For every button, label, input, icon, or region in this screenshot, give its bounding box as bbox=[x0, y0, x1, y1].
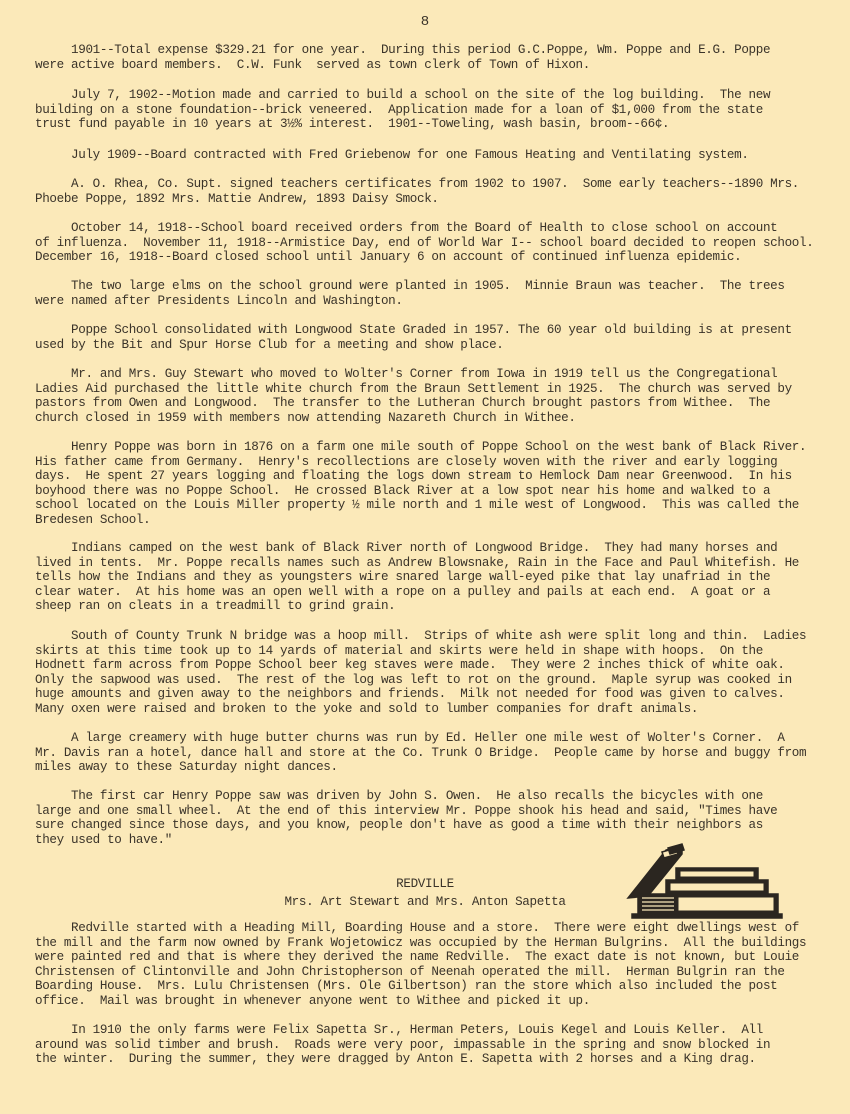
text-line: Mr. and Mrs. Guy Stewart who moved to Wo… bbox=[35, 367, 825, 382]
text-line: A large creamery with huge butter churns… bbox=[35, 731, 825, 746]
text-line: school located on the Louis Miller prope… bbox=[35, 498, 825, 513]
paragraph: In 1910 the only farms were Felix Sapett… bbox=[35, 1023, 825, 1067]
paragraph: July 1909--Board contracted with Fred Gr… bbox=[35, 148, 825, 163]
text-line: Hodnett farm across from Poppe School be… bbox=[35, 658, 825, 673]
text-line: tells how the Indians and they as youngs… bbox=[35, 570, 825, 585]
paragraph: The first car Henry Poppe saw was driven… bbox=[35, 789, 825, 847]
text-line: 1901--Total expense $329.21 for one year… bbox=[35, 43, 825, 58]
text-line: In 1910 the only farms were Felix Sapett… bbox=[35, 1023, 825, 1038]
text-line: clear water. At his home was an open wel… bbox=[35, 585, 825, 600]
page-number: 8 bbox=[0, 14, 850, 30]
text-line: The first car Henry Poppe saw was driven… bbox=[35, 789, 825, 804]
text-line: October 14, 1918--School board received … bbox=[35, 221, 825, 236]
paragraph: Indians camped on the west bank of Black… bbox=[35, 541, 825, 614]
text-line: South of County Trunk N bridge was a hoo… bbox=[35, 629, 825, 644]
text-line: were named after Presidents Lincoln and … bbox=[35, 294, 825, 309]
paragraph: July 7, 1902--Motion made and carried to… bbox=[35, 88, 825, 132]
text-line: days. He spent 27 years logging and floa… bbox=[35, 469, 825, 484]
text-line: Only the sapwood was used. The rest of t… bbox=[35, 673, 825, 688]
paragraph: Poppe School consolidated with Longwood … bbox=[35, 323, 825, 352]
document-page: 8 1901--Total expense $329.21 for one ye… bbox=[0, 0, 850, 1114]
text-line: the winter. During the summer, they were… bbox=[35, 1052, 825, 1067]
text-line: The two large elms on the school ground … bbox=[35, 279, 825, 294]
text-line: Poppe School consolidated with Longwood … bbox=[35, 323, 825, 338]
text-line: huge amounts and given away to the neigh… bbox=[35, 687, 825, 702]
text-line: July 7, 1902--Motion made and carried to… bbox=[35, 88, 825, 103]
text-line: Phoebe Poppe, 1892 Mrs. Mattie Andrew, 1… bbox=[35, 192, 825, 207]
text-line: church closed in 1959 with members now a… bbox=[35, 411, 825, 426]
text-line: Henry Poppe was born in 1876 on a farm o… bbox=[35, 440, 825, 455]
text-line: used by the Bit and Spur Horse Club for … bbox=[35, 338, 825, 353]
text-line: sheep ran on cleats in a treadmill to gr… bbox=[35, 599, 825, 614]
text-line: December 16, 1918--Board closed school u… bbox=[35, 250, 825, 265]
text-line: sure changed since those days, and you k… bbox=[35, 818, 825, 833]
stack-of-books-icon bbox=[618, 840, 790, 920]
text-line: trust fund payable in 10 years at 3½% in… bbox=[35, 117, 825, 132]
text-line: of influenza. November 11, 1918--Armisti… bbox=[35, 236, 825, 251]
text-line: Mr. Davis ran a hotel, dance hall and st… bbox=[35, 746, 825, 761]
text-line: Boarding House. Mrs. Lulu Christensen (M… bbox=[35, 979, 825, 994]
text-line: Redville started with a Heading Mill, Bo… bbox=[35, 921, 825, 936]
text-line: were painted red and that is where they … bbox=[35, 950, 825, 965]
text-line: office. Mail was brought in whenever any… bbox=[35, 994, 825, 1009]
text-line: July 1909--Board contracted with Fred Gr… bbox=[35, 148, 825, 163]
paragraph: 1901--Total expense $329.21 for one year… bbox=[35, 43, 825, 72]
paragraph: Redville started with a Heading Mill, Bo… bbox=[35, 921, 825, 1009]
paragraph: Mr. and Mrs. Guy Stewart who moved to Wo… bbox=[35, 367, 825, 425]
paragraph: South of County Trunk N bridge was a hoo… bbox=[35, 629, 825, 717]
text-line: building on a stone foundation--brick ve… bbox=[35, 103, 825, 118]
text-line: His father came from Germany. Henry's re… bbox=[35, 455, 825, 470]
text-line: were active board members. C.W. Funk ser… bbox=[35, 58, 825, 73]
text-line: Ladies Aid purchased the little white ch… bbox=[35, 382, 825, 397]
paragraph: A large creamery with huge butter churns… bbox=[35, 731, 825, 775]
text-line: Indians camped on the west bank of Black… bbox=[35, 541, 825, 556]
text-line: lived in tents. Mr. Poppe recalls names … bbox=[35, 556, 825, 571]
text-line: miles away to these Saturday night dance… bbox=[35, 760, 825, 775]
text-line: boyhood there was no Poppe School. He cr… bbox=[35, 484, 825, 499]
paragraph: October 14, 1918--School board received … bbox=[35, 221, 825, 265]
text-line: Bredesen School. bbox=[35, 513, 825, 528]
text-line: Many oxen were raised and broken to the … bbox=[35, 702, 825, 717]
text-line: large and one small wheel. At the end of… bbox=[35, 804, 825, 819]
text-line: around was solid timber and brush. Roads… bbox=[35, 1038, 825, 1053]
paragraph: Henry Poppe was born in 1876 on a farm o… bbox=[35, 440, 825, 528]
text-line: skirts at this time took up to 14 yards … bbox=[35, 644, 825, 659]
text-line: the mill and the farm now owned by Frank… bbox=[35, 936, 825, 951]
text-line: A. O. Rhea, Co. Supt. signed teachers ce… bbox=[35, 177, 825, 192]
paragraph: The two large elms on the school ground … bbox=[35, 279, 825, 308]
text-line: Christensen of Clintonville and John Chr… bbox=[35, 965, 825, 980]
text-line: pastors from Owen and Longwood. The tran… bbox=[35, 396, 825, 411]
paragraph: A. O. Rhea, Co. Supt. signed teachers ce… bbox=[35, 177, 825, 206]
